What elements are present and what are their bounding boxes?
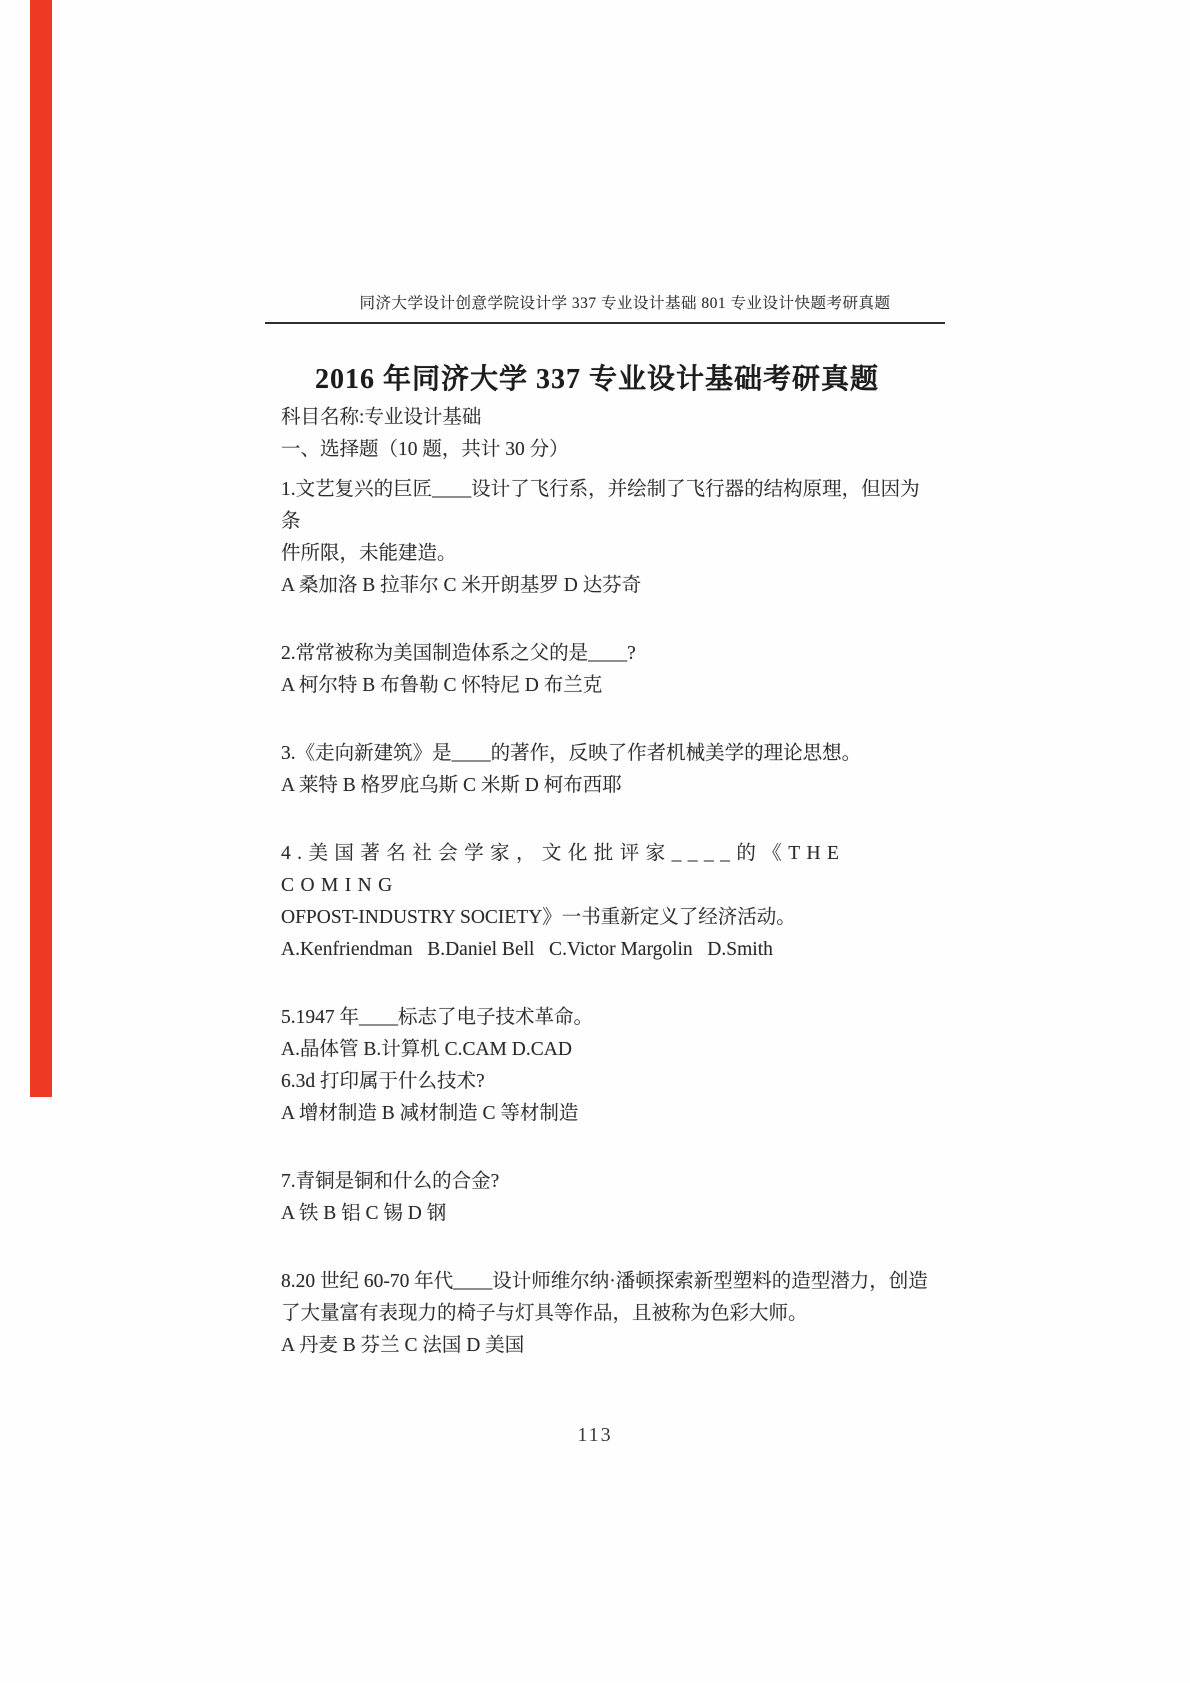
subject-name-line: 科目名称:专业设计基础 bbox=[281, 402, 939, 434]
question-options-line: A 桑加洛 B 拉菲尔 C 米开朗基罗 D 达芬奇 bbox=[281, 570, 939, 602]
question-text-line: 7.青铜是铜和什么的合金? bbox=[281, 1166, 939, 1198]
question-block: 1.文艺复兴的巨匠____设计了飞行系，并绘制了飞行器的结构原理，但因为条件所限… bbox=[281, 474, 939, 602]
page-title: 2016 年同济大学 337 专业设计基础考研真题 bbox=[268, 357, 926, 397]
question-text-line: 4.美国著名社会学家，文化批评家____的《THE COMING bbox=[281, 838, 939, 902]
document-page: 同济大学设计创意学院设计学 337 专业设计基础 801 专业设计快题考研真题 … bbox=[0, 0, 1190, 1683]
exam-body: 科目名称:专业设计基础 一、选择题（10 题，共计 30 分） 1.文艺复兴的巨… bbox=[281, 402, 939, 1362]
question-options-line: A 柯尔特 B 布鲁勒 C 怀特尼 D 布兰克 bbox=[281, 670, 939, 702]
question-text-line: 5.1947 年____标志了电子技术革命。 bbox=[281, 1002, 939, 1034]
question-options-line: A.晶体管 B.计算机 C.CAM D.CAD bbox=[281, 1034, 939, 1066]
question-text-line: 件所限，未能建造。 bbox=[281, 538, 939, 570]
running-header: 同济大学设计创意学院设计学 337 专业设计基础 801 专业设计快题考研真题 bbox=[285, 291, 965, 313]
question-text-line: 8.20 世纪 60-70 年代____设计师维尔纳·潘顿探索新型塑料的造型潜力… bbox=[281, 1266, 939, 1298]
question-text-line: 了大量富有表现力的椅子与灯具等作品，且被称为色彩大师。 bbox=[281, 1298, 939, 1330]
question-options-line: A 莱特 B 格罗庇乌斯 C 米斯 D 柯布西耶 bbox=[281, 770, 939, 802]
question-block: 7.青铜是铜和什么的合金?A 铁 B 铝 C 锡 D 钢 bbox=[281, 1166, 939, 1230]
question-text-line: 1.文艺复兴的巨匠____设计了飞行系，并绘制了飞行器的结构原理，但因为条 bbox=[281, 474, 939, 538]
page-number: 113 bbox=[0, 1424, 1190, 1447]
question-block: 2.常常被称为美国制造体系之父的是____?A 柯尔特 B 布鲁勒 C 怀特尼 … bbox=[281, 638, 939, 702]
question-list: 1.文艺复兴的巨匠____设计了飞行系，并绘制了飞行器的结构原理，但因为条件所限… bbox=[281, 474, 939, 1362]
header-rule bbox=[265, 322, 945, 324]
question-options-line: A 增材制造 B 减材制造 C 等材制造 bbox=[281, 1098, 939, 1130]
question-block: 5.1947 年____标志了电子技术革命。A.晶体管 B.计算机 C.CAM … bbox=[281, 1002, 939, 1066]
question-block: 3.《走向新建筑》是____的著作，反映了作者机械美学的理论思想。A 莱特 B … bbox=[281, 738, 939, 802]
question-text-line: OFPOST-INDUSTRY SOCIETY》一书重新定义了经济活动。 bbox=[281, 902, 939, 934]
section-heading: 一、选择题（10 题，共计 30 分） bbox=[281, 434, 939, 466]
question-block: 4.美国著名社会学家，文化批评家____的《THE COMINGOFPOST-I… bbox=[281, 838, 939, 966]
question-block: 6.3d 打印属于什么技术?A 增材制造 B 减材制造 C 等材制造 bbox=[281, 1066, 939, 1130]
question-block: 8.20 世纪 60-70 年代____设计师维尔纳·潘顿探索新型塑料的造型潜力… bbox=[281, 1266, 939, 1362]
question-text-line: 3.《走向新建筑》是____的著作，反映了作者机械美学的理论思想。 bbox=[281, 738, 939, 770]
question-options-line: A.Kenfriendman B.Daniel Bell C.Victor Ma… bbox=[281, 934, 939, 966]
question-options-line: A 丹麦 B 芬兰 C 法国 D 美国 bbox=[281, 1330, 939, 1362]
question-options-line: A 铁 B 铝 C 锡 D 钢 bbox=[281, 1198, 939, 1230]
red-margin-bar bbox=[30, 0, 52, 1097]
question-text-line: 6.3d 打印属于什么技术? bbox=[281, 1066, 939, 1098]
question-text-line: 2.常常被称为美国制造体系之父的是____? bbox=[281, 638, 939, 670]
